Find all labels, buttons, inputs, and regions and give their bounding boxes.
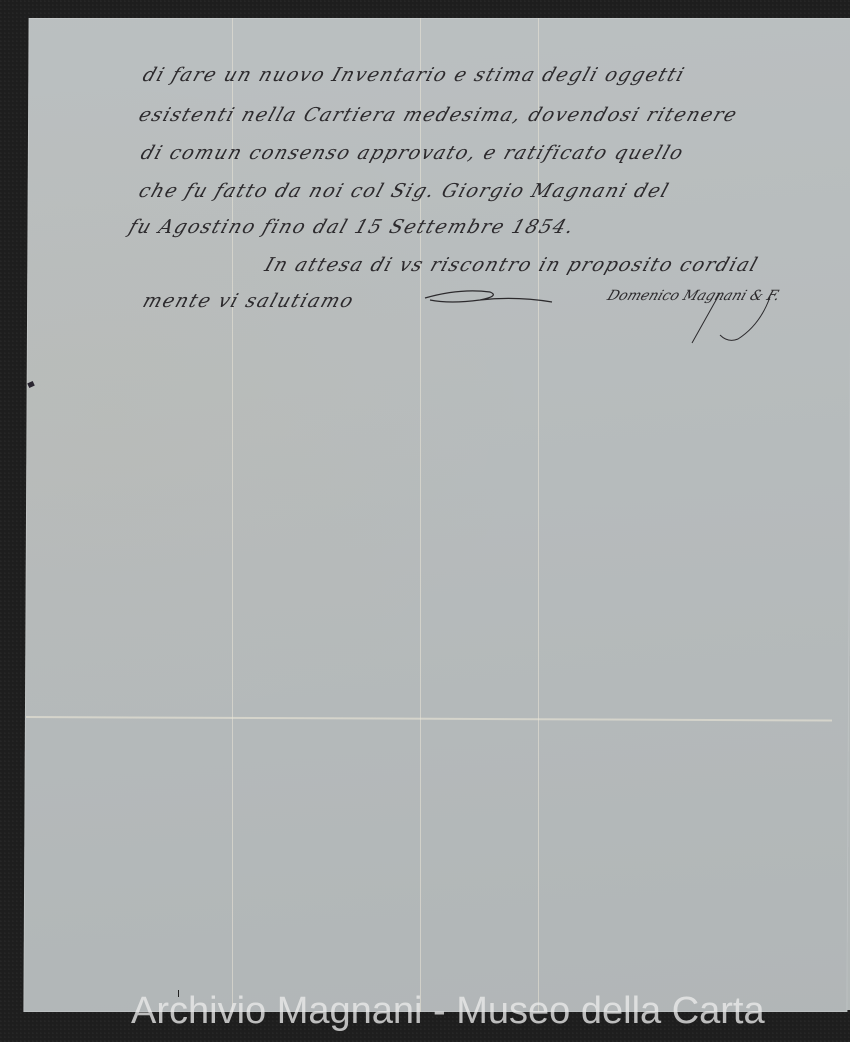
letter-line-1: di fare un nuovo Inventario e stima degl… [140, 64, 688, 86]
letter-line-5: fu Agostino fino dal 15 Settembre 1854. [126, 216, 578, 238]
letter-sheet [23, 18, 850, 1012]
letter-line-7: mente vi salutiamo [140, 290, 357, 312]
letter-line-4: che fu fatto da noi col Sig. Giorgio Mag… [136, 180, 672, 202]
letter-line-3: di comun consenso approvato, e ratificat… [138, 142, 687, 164]
letter-line-6: In attesa di vs riscontro in proposito c… [262, 254, 762, 276]
fold-line-vertical [232, 18, 233, 1012]
fold-line-vertical [538, 18, 539, 1012]
archive-watermark: Archivio Magnani - Museo della Carta [131, 992, 765, 1030]
letter-line-2: esistenti nella Cartiera medesima, doven… [136, 104, 741, 126]
flourish-stroke [420, 286, 555, 308]
scan-background: di fare un nuovo Inventario e stima degl… [0, 0, 850, 1042]
signature-flourish [690, 285, 790, 347]
fold-line-vertical [420, 18, 421, 1012]
